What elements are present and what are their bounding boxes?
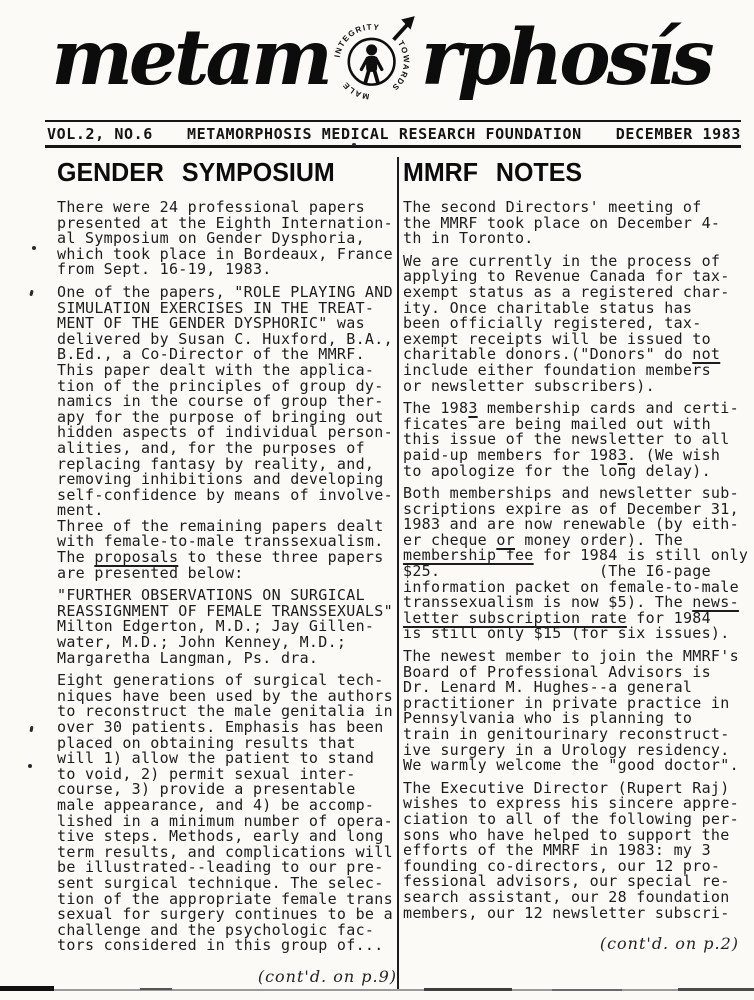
article-mmrf-notes: MMRF NOTES The second Directors' meeting… [403,155,739,953]
text-line: to apologize for the long delay). [403,464,739,480]
text-line: Margaretha Langman, Ps. dra. [57,651,397,667]
continuation-note: (cont'd. on p.9) [57,967,397,986]
article-heading: MMRF NOTES [403,159,739,189]
text-line: We warmly welcome the "good doctor". [403,758,739,774]
foundation-logo-icon: INTEGRITY TOWARDS MALE [331,6,419,104]
scan-speck [28,764,32,768]
text-line: are presented below: [57,566,397,582]
scan-mark [552,989,622,991]
scan-speck [29,290,33,297]
masthead-title-right: rphosís [421,8,711,108]
scan-speck [352,143,356,146]
text-line: is still only $15 (for six issues). [403,626,739,642]
newsletter-page: metam INTEGRITY TOWARDS MALE [0,0,754,1000]
paragraph: The newest member to join the MMRF'sBoar… [403,649,739,774]
header-rule-bottom [45,145,741,148]
text-line: from Sept. 16-19, 1983. [57,262,397,278]
paragraph: We are currently in the process ofapplyi… [403,254,739,394]
paragraph: "FURTHER OBSERVATIONS ON SURGICALREASSIG… [57,588,397,666]
article-body: The second Directors' meeting ofthe MMRF… [403,200,739,921]
scan-mark [424,988,512,991]
text-line: tors considered in this group of... [57,938,397,954]
paragraph: The Executive Director (Rupert Raj)wishe… [403,781,739,921]
masthead: metam INTEGRITY TOWARDS MALE [42,6,720,110]
scan-speck [32,246,36,250]
paragraph: Eight generations of surgical tech-nique… [57,673,397,954]
text-line: or newsletter subscribers). [403,379,739,395]
human-figure-icon [361,44,381,83]
text-line: members, our 12 newsletter subscri- [403,906,739,922]
column-divider [397,157,399,989]
masthead-title-left: metam [51,8,328,108]
article-heading: GENDER SYMPOSIUM [57,159,397,189]
text-line: self-confidence by means of involve- [57,488,397,504]
article-gender-symposium: GENDER SYMPOSIUM There were 24 professio… [57,155,397,986]
page-bottom-rule [0,989,754,991]
scan-mark [0,986,54,991]
organization-name: METAMORPHOSIS MEDICAL RESEARCH FOUNDATIO… [187,125,582,143]
paragraph: The second Directors' meeting ofthe MMRF… [403,200,739,247]
paragraph: Both memberships and newsletter sub-scri… [403,486,739,642]
paragraph: The 1983 membership cards and certi-fica… [403,401,739,479]
scan-speck [30,726,34,732]
volume-issue: VOL.2, NO.6 [47,125,153,143]
continuation-note: (cont'd. on p.2) [403,934,739,953]
header-rule-top [45,120,741,122]
article-body: There were 24 professional paperspresent… [57,200,397,954]
header-bar: VOL.2, NO.6 METAMORPHOSIS MEDICAL RESEAR… [47,124,741,144]
scan-mark [678,988,754,991]
scan-mark [140,988,172,990]
issue-date: DECEMBER 1983 [616,125,741,143]
paragraph: There were 24 professional paperspresent… [57,200,397,278]
paragraph: One of the papers, "ROLE PLAYING ANDSIMU… [57,285,397,581]
text-line: th in Toronto. [403,231,739,247]
